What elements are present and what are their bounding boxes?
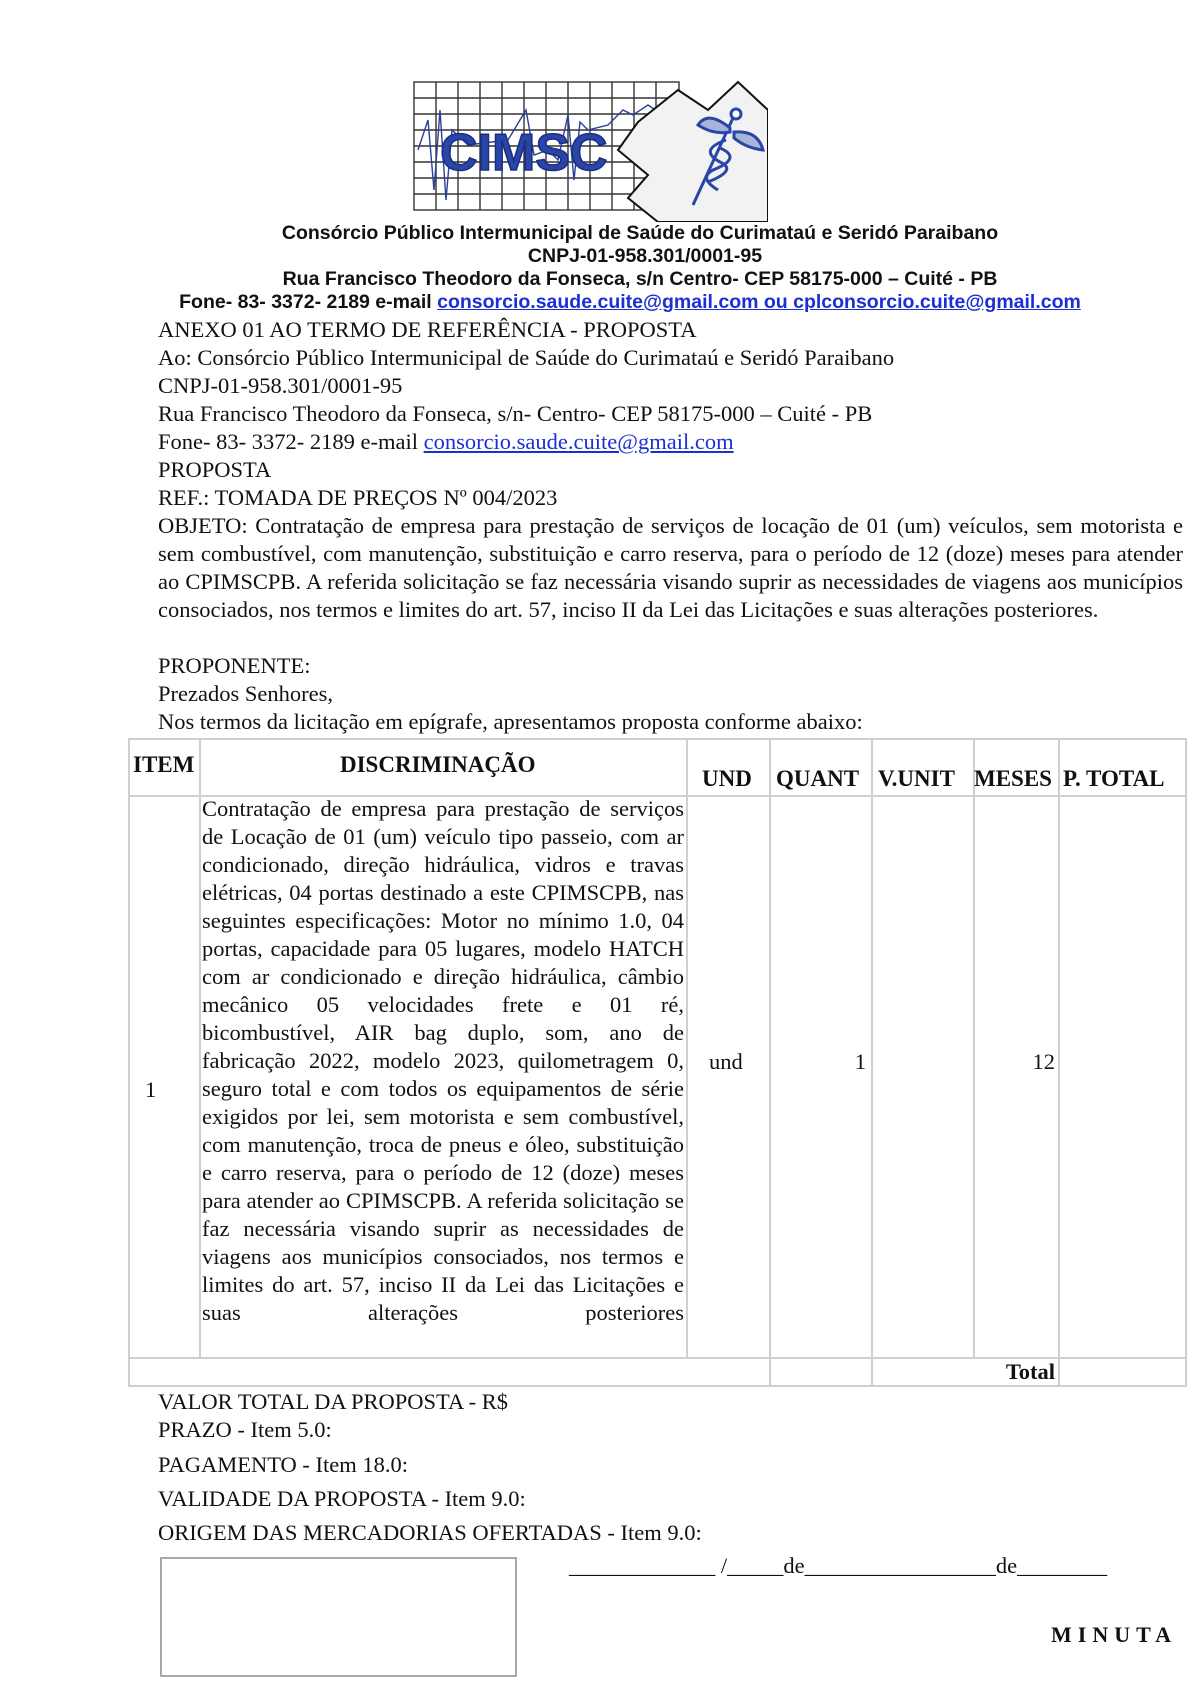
table-border: [871, 738, 873, 1387]
row-description: Contratação de empresa para prestação de…: [202, 795, 684, 1327]
greeting: Prezados Senhores,: [158, 680, 333, 708]
table-border: [1058, 738, 1060, 1387]
col-header-discriminacao: DISCRIMINAÇÃO: [340, 752, 536, 778]
reference: REF.: TOMADA DE PREÇOS Nº 004/2023: [158, 484, 557, 512]
total-label: Total: [975, 1359, 1055, 1385]
col-header-vunit: V.UNIT: [878, 766, 955, 792]
date-signature-line: _____________ /_____de_________________d…: [569, 1553, 1107, 1579]
validade-label: VALIDADE DA PROPOSTA - Item 9.0:: [158, 1485, 526, 1513]
origem-label: ORIGEM DAS MERCADORIAS OFERTADAS - Item …: [158, 1519, 702, 1547]
proponente-label: PROPONENTE:: [158, 652, 311, 680]
objeto-paragraph: OBJETO: Contratação de empresa para pres…: [158, 512, 1183, 624]
intro-text: Nos termos da licitação em epígrafe, apr…: [158, 708, 863, 736]
svg-text:CIMSC: CIMSC: [440, 124, 608, 182]
col-header-quant: QUANT: [776, 766, 859, 792]
recipient-contact: Fone- 83- 3372- 2189 e-mail consorcio.sa…: [158, 428, 734, 456]
annex-title: ANEXO 01 AO TERMO DE REFERÊNCIA - PROPOS…: [158, 316, 696, 344]
org-contact: Fone- 83- 3372- 2189 e-mail consorcio.sa…: [0, 291, 1200, 314]
draft-watermark: MINUTA: [1051, 1622, 1177, 1648]
table-border: [686, 738, 688, 1358]
col-header-item: ITEM: [133, 752, 194, 778]
org-address: Rua Francisco Theodoro da Fonseca, s/n C…: [0, 268, 1200, 291]
table-border: [128, 738, 1186, 740]
table-border: [973, 738, 975, 1358]
valor-total-label: VALOR TOTAL DA PROPOSTA - R$: [158, 1388, 508, 1416]
pagamento-label: PAGAMENTO - Item 18.0:: [158, 1451, 408, 1479]
col-header-ptotal: P. TOTAL: [1063, 766, 1164, 792]
org-cnpj: CNPJ-01-958.301/0001-95: [0, 245, 1200, 268]
recipient-cnpj: CNPJ-01-958.301/0001-95: [158, 372, 402, 400]
recipient-line: Ao: Consórcio Público Intermunicipal de …: [158, 344, 894, 372]
org-name: Consórcio Público Intermunicipal de Saúd…: [0, 222, 1200, 245]
email-link[interactable]: consorcio.saude.cuite@gmail.com ou cplco…: [437, 291, 1081, 313]
row-item-number: 1: [145, 1077, 156, 1103]
table-border: [1185, 738, 1187, 1387]
recipient-address: Rua Francisco Theodoro da Fonseca, s/n- …: [158, 400, 872, 428]
phone-text: Fone- 83- 3372- 2189 e-mail: [179, 291, 437, 313]
table-border: [199, 738, 201, 1358]
cimsc-logo: CIMSC: [408, 70, 768, 222]
row-unit: und: [709, 1049, 743, 1075]
table-border: [128, 1385, 1186, 1387]
col-header-und: UND: [702, 766, 752, 792]
recipient-email-link[interactable]: consorcio.saude.cuite@gmail.com: [424, 429, 734, 454]
prazo-label: PRAZO - Item 5.0:: [158, 1416, 332, 1444]
table-border: [128, 738, 130, 1387]
row-months: 12: [975, 1049, 1055, 1075]
stamp-box: [160, 1557, 517, 1677]
proposta-label: PROPOSTA: [158, 456, 271, 484]
recipient-phone: Fone- 83- 3372- 2189 e-mail: [158, 429, 424, 454]
col-header-meses: MESES: [974, 766, 1052, 792]
row-quantity: 1: [770, 1049, 866, 1075]
